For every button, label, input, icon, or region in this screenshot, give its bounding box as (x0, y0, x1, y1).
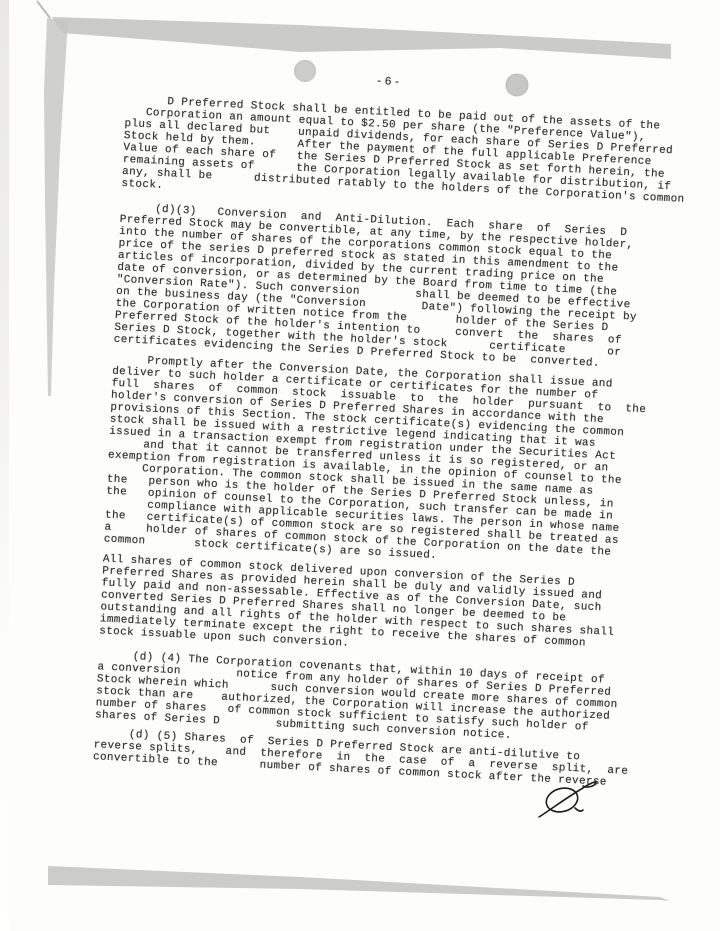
punch-hole-left (295, 61, 316, 82)
punch-hole-right (506, 74, 528, 96)
left-edge-shadow (44, 18, 68, 396)
paragraph-d3-conversion: (d)(3) Conversion and Anti-Dilution. Eac… (113, 202, 711, 375)
scanned-document-page: -6- D Preferred Stock shall be entitled … (0, 0, 720, 931)
bottom-edge-shadow (48, 866, 670, 901)
corner-fold-line (37, 1, 50, 18)
document-body: D Preferred Stock shall be entitled to b… (93, 94, 718, 793)
page-number: -6- (375, 75, 402, 89)
paragraph-promptly-after: Promptly after the Conversion Date, the … (104, 354, 705, 575)
top-edge-shadow (52, 17, 671, 59)
